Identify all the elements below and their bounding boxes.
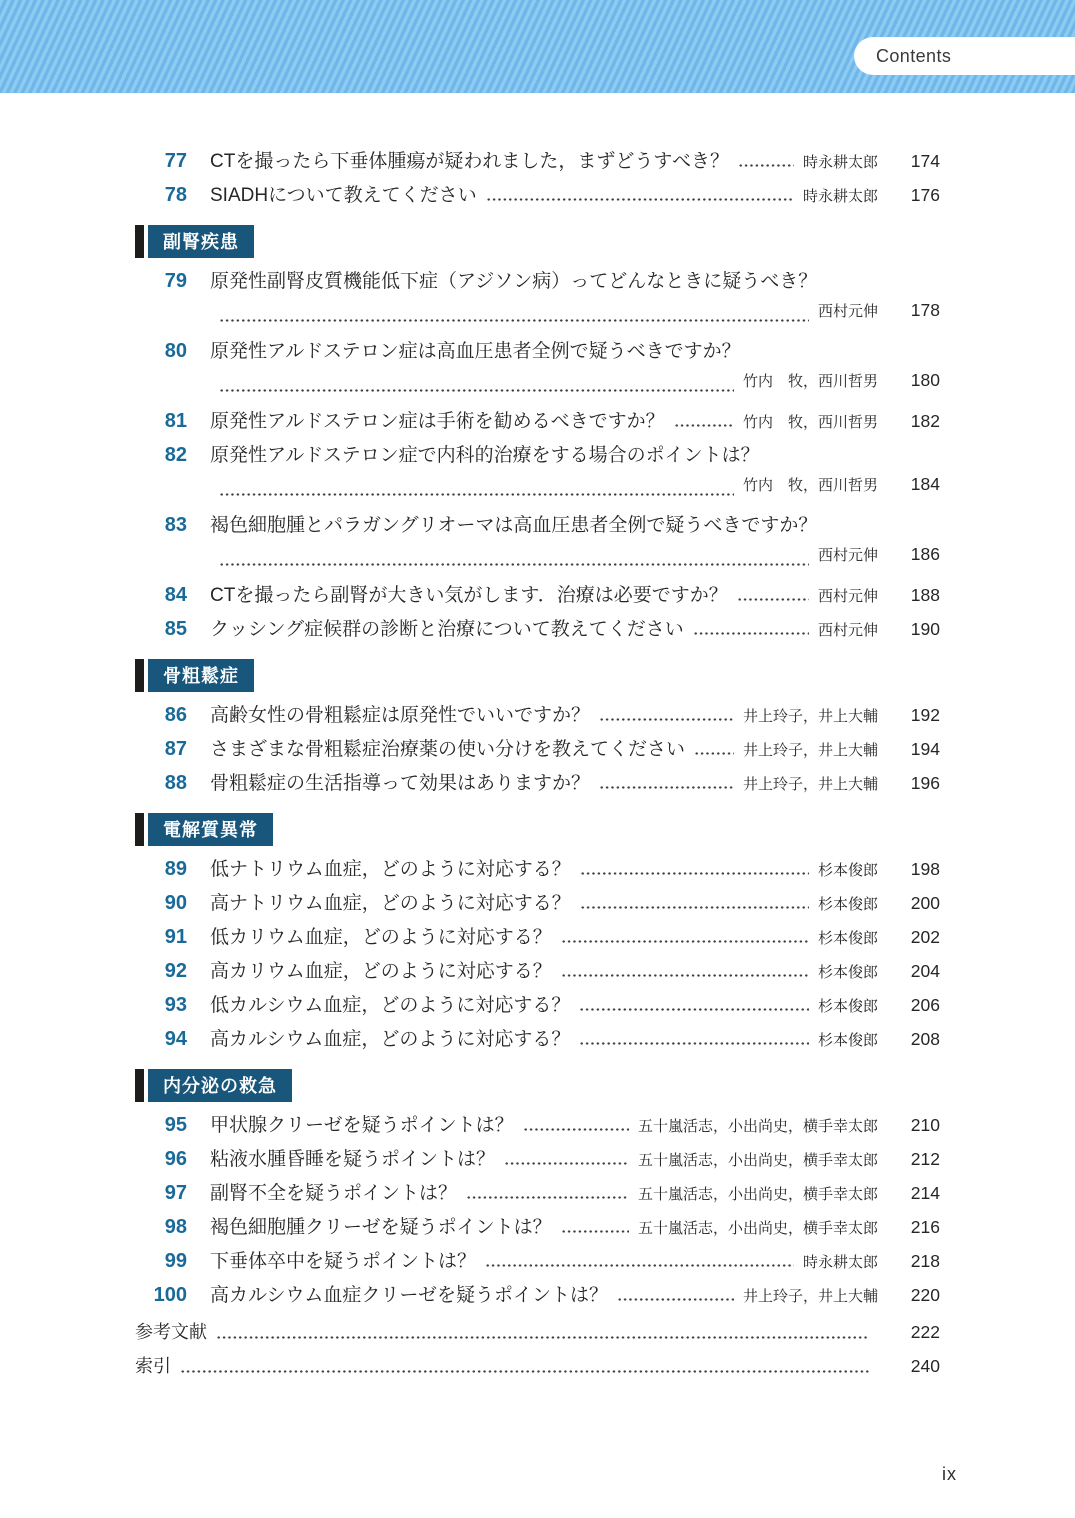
entry-title: 骨粗鬆症の生活指導って効果はありますか？ [210,768,590,795]
entry-page-number: 198 [888,859,940,880]
entry-page-number: 188 [888,585,940,606]
entry-authors: 杉本俊郎 [818,1029,878,1050]
backmatter-entry: 索引240 [135,1352,940,1386]
entry-page-number: 206 [888,995,940,1016]
entry-page-number: 180 [888,370,940,391]
section-label: 副腎疾患 [148,225,254,258]
entry-number: 88 [135,772,187,795]
entry-page-number: 214 [888,1183,940,1204]
backmatter-title: 参考文献 [135,1318,207,1344]
entry-number: 100 [135,1284,187,1307]
dot-leader [485,1264,794,1267]
toc-entry: 95甲状腺クリーゼを疑うポイントは？五十嵐活志，小出尚史，横手幸太郎210 [135,1110,940,1144]
entry-title: 高カルシウム血症クリーゼを疑うポイントは？ [210,1280,608,1307]
dot-leader [561,974,809,977]
entry-authors: 杉本俊郎 [818,859,878,880]
entry-authors: 時永耕太郎 [803,151,878,172]
section-header: 副腎疾患 [135,225,940,258]
entry-number: 98 [135,1216,187,1239]
toc-entry: 77CTを撮ったら下垂体腫瘍が疑われました，まずどうすべき？時永耕太郎174 [135,146,940,180]
striped-header-banner: Contents [0,0,1075,93]
entry-title: 下垂体卒中を疑うポイントは？ [210,1246,476,1273]
page-folio: ix [942,1464,957,1485]
entry-authors: 時永耕太郎 [803,185,878,206]
toc-entry: 96粘液水腫昏睡を疑うポイントは？五十嵐活志，小出尚史，横手幸太郎212 [135,1144,940,1178]
dot-leader [599,786,734,789]
entry-authors: 竹内 牧，西川哲男 [743,411,878,432]
toc-entry: 78SIADHについて教えてください時永耕太郎176 [135,180,940,214]
entry-page-number: 220 [888,1285,940,1306]
backmatter-title: 索引 [135,1352,171,1378]
entry-page-number: 192 [888,705,940,726]
entry-authors: 井上玲子，井上大輔 [743,773,878,794]
dot-leader [219,563,809,566]
toc-entry: 91低カリウム血症，どのように対応する？杉本俊郎202 [135,922,940,956]
toc-entry: 89低ナトリウム血症，どのように対応する？杉本俊郎198 [135,854,940,888]
backmatter-entry: 参考文献222 [135,1318,940,1352]
toc-entry-continuation: 竹内 牧，西川哲男180 [135,370,940,406]
entry-page-number: 200 [888,893,940,914]
entry-title: 高ナトリウム血症，どのように対応する？ [210,888,571,915]
section-accent-bar [135,1069,144,1102]
toc-entry-continuation: 竹内 牧，西川哲男184 [135,474,940,510]
entry-number: 94 [135,1028,187,1051]
dot-leader [580,872,809,875]
toc-entry: 97副腎不全を疑うポイントは？五十嵐活志，小出尚史，横手幸太郎214 [135,1178,940,1212]
toc-entry: 94高カルシウム血症，どのように対応する？杉本俊郎208 [135,1024,940,1058]
entry-page-number: 190 [888,619,940,640]
entry-number: 82 [135,444,187,467]
dot-leader [561,940,809,943]
section-label: 内分泌の救急 [148,1069,292,1102]
contents-pill: Contents [854,37,1075,75]
entry-authors: 五十嵐活志，小出尚史，横手幸太郎 [638,1115,878,1136]
entry-title: 低カリウム血症，どのように対応する？ [210,922,552,949]
entry-authors: 竹内 牧，西川哲男 [743,474,878,495]
toc-entry: 84CTを撮ったら副腎が大きい気がします．治療は必要ですか？西村元伸188 [135,580,940,614]
entry-number: 81 [135,410,187,433]
contents-label: Contents [876,46,951,67]
dot-leader [466,1196,629,1199]
section-accent-bar [135,225,144,258]
dot-leader [694,752,734,755]
entry-number: 99 [135,1250,187,1273]
entry-number: 95 [135,1114,187,1137]
entry-title: 副腎不全を疑うポイントは？ [210,1178,457,1205]
toc-entry: 82原発性アルドステロン症で内科的治療をする場合のポイントは？ [135,440,940,474]
entry-title: 低ナトリウム血症，どのように対応する？ [210,854,571,881]
entry-title: 原発性アルドステロン症は手術を勧めるべきですか？ [210,406,665,433]
toc-entry: 93低カルシウム血症，どのように対応する？杉本俊郎206 [135,990,940,1024]
entry-number: 78 [135,184,187,207]
toc-entry: 86高齢女性の骨粗鬆症は原発性でいいですか？井上玲子，井上大輔192 [135,700,940,734]
dot-leader [180,1370,869,1373]
entry-authors: 井上玲子，井上大輔 [743,1285,878,1306]
dot-leader [599,718,734,721]
dot-leader [219,389,734,392]
entry-page-number: 186 [888,544,940,565]
entry-title: 低カルシウム血症，どのように対応する？ [210,990,570,1017]
entry-page-number: 218 [888,1251,940,1272]
toc-entry: 85クッシング症候群の診断と治療について教えてください西村元伸190 [135,614,940,648]
entry-authors: 西村元伸 [818,300,878,321]
dot-leader [561,1230,629,1233]
entry-page-number: 212 [888,1149,940,1170]
toc-entry: 92高カリウム血症，どのように対応する？杉本俊郎204 [135,956,940,990]
dot-leader [580,906,809,909]
entry-number: 79 [135,270,187,293]
dot-leader [693,632,809,635]
toc-entry-continuation: 西村元伸186 [135,544,940,580]
toc-entry: 79原発性副腎皮質機能低下症（アジソン病）ってどんなときに疑うべき？ [135,266,940,300]
toc-page: Contents 77CTを撮ったら下垂体腫瘍が疑われました，まずどうすべき？時… [0,0,1075,1518]
entry-authors: 竹内 牧，西川哲男 [743,370,878,391]
entry-number: 83 [135,514,187,537]
dot-leader [579,1008,809,1011]
entry-page-number: 204 [888,961,940,982]
entry-number: 93 [135,994,187,1017]
entry-authors: 西村元伸 [818,544,878,565]
toc-entry-continuation: 西村元伸178 [135,300,940,336]
toc-entry: 88骨粗鬆症の生活指導って効果はありますか？井上玲子，井上大輔196 [135,768,940,802]
entry-page-number: 196 [888,773,940,794]
backmatter-page-number: 240 [888,1356,940,1377]
dot-leader [523,1128,629,1131]
entry-title: 甲状腺クリーゼを疑うポイントは？ [210,1110,514,1137]
section-header: 内分泌の救急 [135,1069,940,1102]
entry-title: 褐色細胞腫とパラガングリオーマは高血圧患者全例で疑うべきですか？ [210,510,817,537]
entry-authors: 五十嵐活志，小出尚史，横手幸太郎 [638,1217,878,1238]
entry-number: 97 [135,1182,187,1205]
toc-entry: 100高カルシウム血症クリーゼを疑うポイントは？井上玲子，井上大輔220 [135,1280,940,1314]
entry-title: CTを撮ったら副腎が大きい気がします．治療は必要ですか？ [210,580,728,607]
section-accent-bar [135,659,144,692]
dot-leader [219,493,734,496]
backmatter-page-number: 222 [888,1322,940,1343]
entry-authors: 時永耕太郎 [803,1251,878,1272]
toc-list: 77CTを撮ったら下垂体腫瘍が疑われました，まずどうすべき？時永耕太郎17478… [135,146,940,1314]
entry-title: クッシング症候群の診断と治療について教えてください [210,614,684,641]
entry-number: 87 [135,738,187,761]
toc-entry: 83褐色細胞腫とパラガングリオーマは高血圧患者全例で疑うべきですか？ [135,510,940,544]
entry-page-number: 178 [888,300,940,321]
dot-leader [579,1042,809,1045]
section-header: 電解質異常 [135,813,940,846]
entry-number: 77 [135,150,187,173]
entry-authors: 五十嵐活志，小出尚史，横手幸太郎 [638,1183,878,1204]
entry-title: 粘液水腫昏睡を疑うポイントは？ [210,1144,495,1171]
entry-number: 80 [135,340,187,363]
entry-page-number: 210 [888,1115,940,1136]
entry-page-number: 174 [888,151,940,172]
entry-page-number: 182 [888,411,940,432]
entry-title: 高カルシウム血症，どのように対応する？ [210,1024,570,1051]
entry-page-number: 202 [888,927,940,948]
entry-number: 89 [135,858,187,881]
entry-number: 91 [135,926,187,949]
dot-leader [738,164,794,167]
entry-number: 92 [135,960,187,983]
section-label: 電解質異常 [148,813,273,846]
entry-title: 褐色細胞腫クリーゼを疑うポイントは？ [210,1212,552,1239]
entry-authors: 杉本俊郎 [818,927,878,948]
dot-leader [737,598,809,601]
entry-authors: 杉本俊郎 [818,995,878,1016]
toc-entry: 80原発性アルドステロン症は高血圧患者全例で疑うべきですか？ [135,336,940,370]
entry-authors: 西村元伸 [818,585,878,606]
section-header: 骨粗鬆症 [135,659,940,692]
entry-page-number: 176 [888,185,940,206]
entry-authors: 西村元伸 [818,619,878,640]
entry-authors: 井上玲子，井上大輔 [743,705,878,726]
entry-authors: 井上玲子，井上大輔 [743,739,878,760]
dot-leader [504,1162,629,1165]
entry-page-number: 208 [888,1029,940,1050]
entry-number: 96 [135,1148,187,1171]
entry-number: 86 [135,704,187,727]
dot-leader [674,424,734,427]
section-accent-bar [135,813,144,846]
entry-title: さまざまな骨粗鬆症治療薬の使い分けを教えてください [210,734,685,761]
toc-entry: 99下垂体卒中を疑うポイントは？時永耕太郎218 [135,1246,940,1280]
toc-entry: 90高ナトリウム血症，どのように対応する？杉本俊郎200 [135,888,940,922]
toc-entry: 98褐色細胞腫クリーゼを疑うポイントは？五十嵐活志，小出尚史，横手幸太郎216 [135,1212,940,1246]
dot-leader [486,198,794,201]
entry-page-number: 194 [888,739,940,760]
entry-title: SIADHについて教えてください [210,180,477,207]
backmatter-list: 参考文献222索引240 [135,1318,940,1386]
entry-title: 原発性副腎皮質機能低下症（アジソン病）ってどんなときに疑うべき？ [210,266,817,293]
entry-number: 90 [135,892,187,915]
entry-authors: 五十嵐活志，小出尚史，横手幸太郎 [638,1149,878,1170]
dot-leader [216,1336,869,1339]
entry-page-number: 216 [888,1217,940,1238]
entry-title: 高齢女性の骨粗鬆症は原発性でいいですか？ [210,700,590,727]
entry-title: 原発性アルドステロン症は高血圧患者全例で疑うべきですか？ [210,336,741,363]
toc-entry: 81原発性アルドステロン症は手術を勧めるべきですか？竹内 牧，西川哲男182 [135,406,940,440]
dot-leader [617,1298,734,1301]
entry-title: CTを撮ったら下垂体腫瘍が疑われました，まずどうすべき？ [210,146,729,173]
entry-number: 84 [135,584,187,607]
entry-authors: 杉本俊郎 [818,893,878,914]
dot-leader [219,319,809,322]
entry-title: 原発性アルドステロン症で内科的治療をする場合のポイントは？ [210,440,760,467]
toc-entry: 87さまざまな骨粗鬆症治療薬の使い分けを教えてください井上玲子，井上大輔194 [135,734,940,768]
entry-number: 85 [135,618,187,641]
entry-title: 高カリウム血症，どのように対応する？ [210,956,552,983]
entry-authors: 杉本俊郎 [818,961,878,982]
section-label: 骨粗鬆症 [148,659,254,692]
entry-page-number: 184 [888,474,940,495]
